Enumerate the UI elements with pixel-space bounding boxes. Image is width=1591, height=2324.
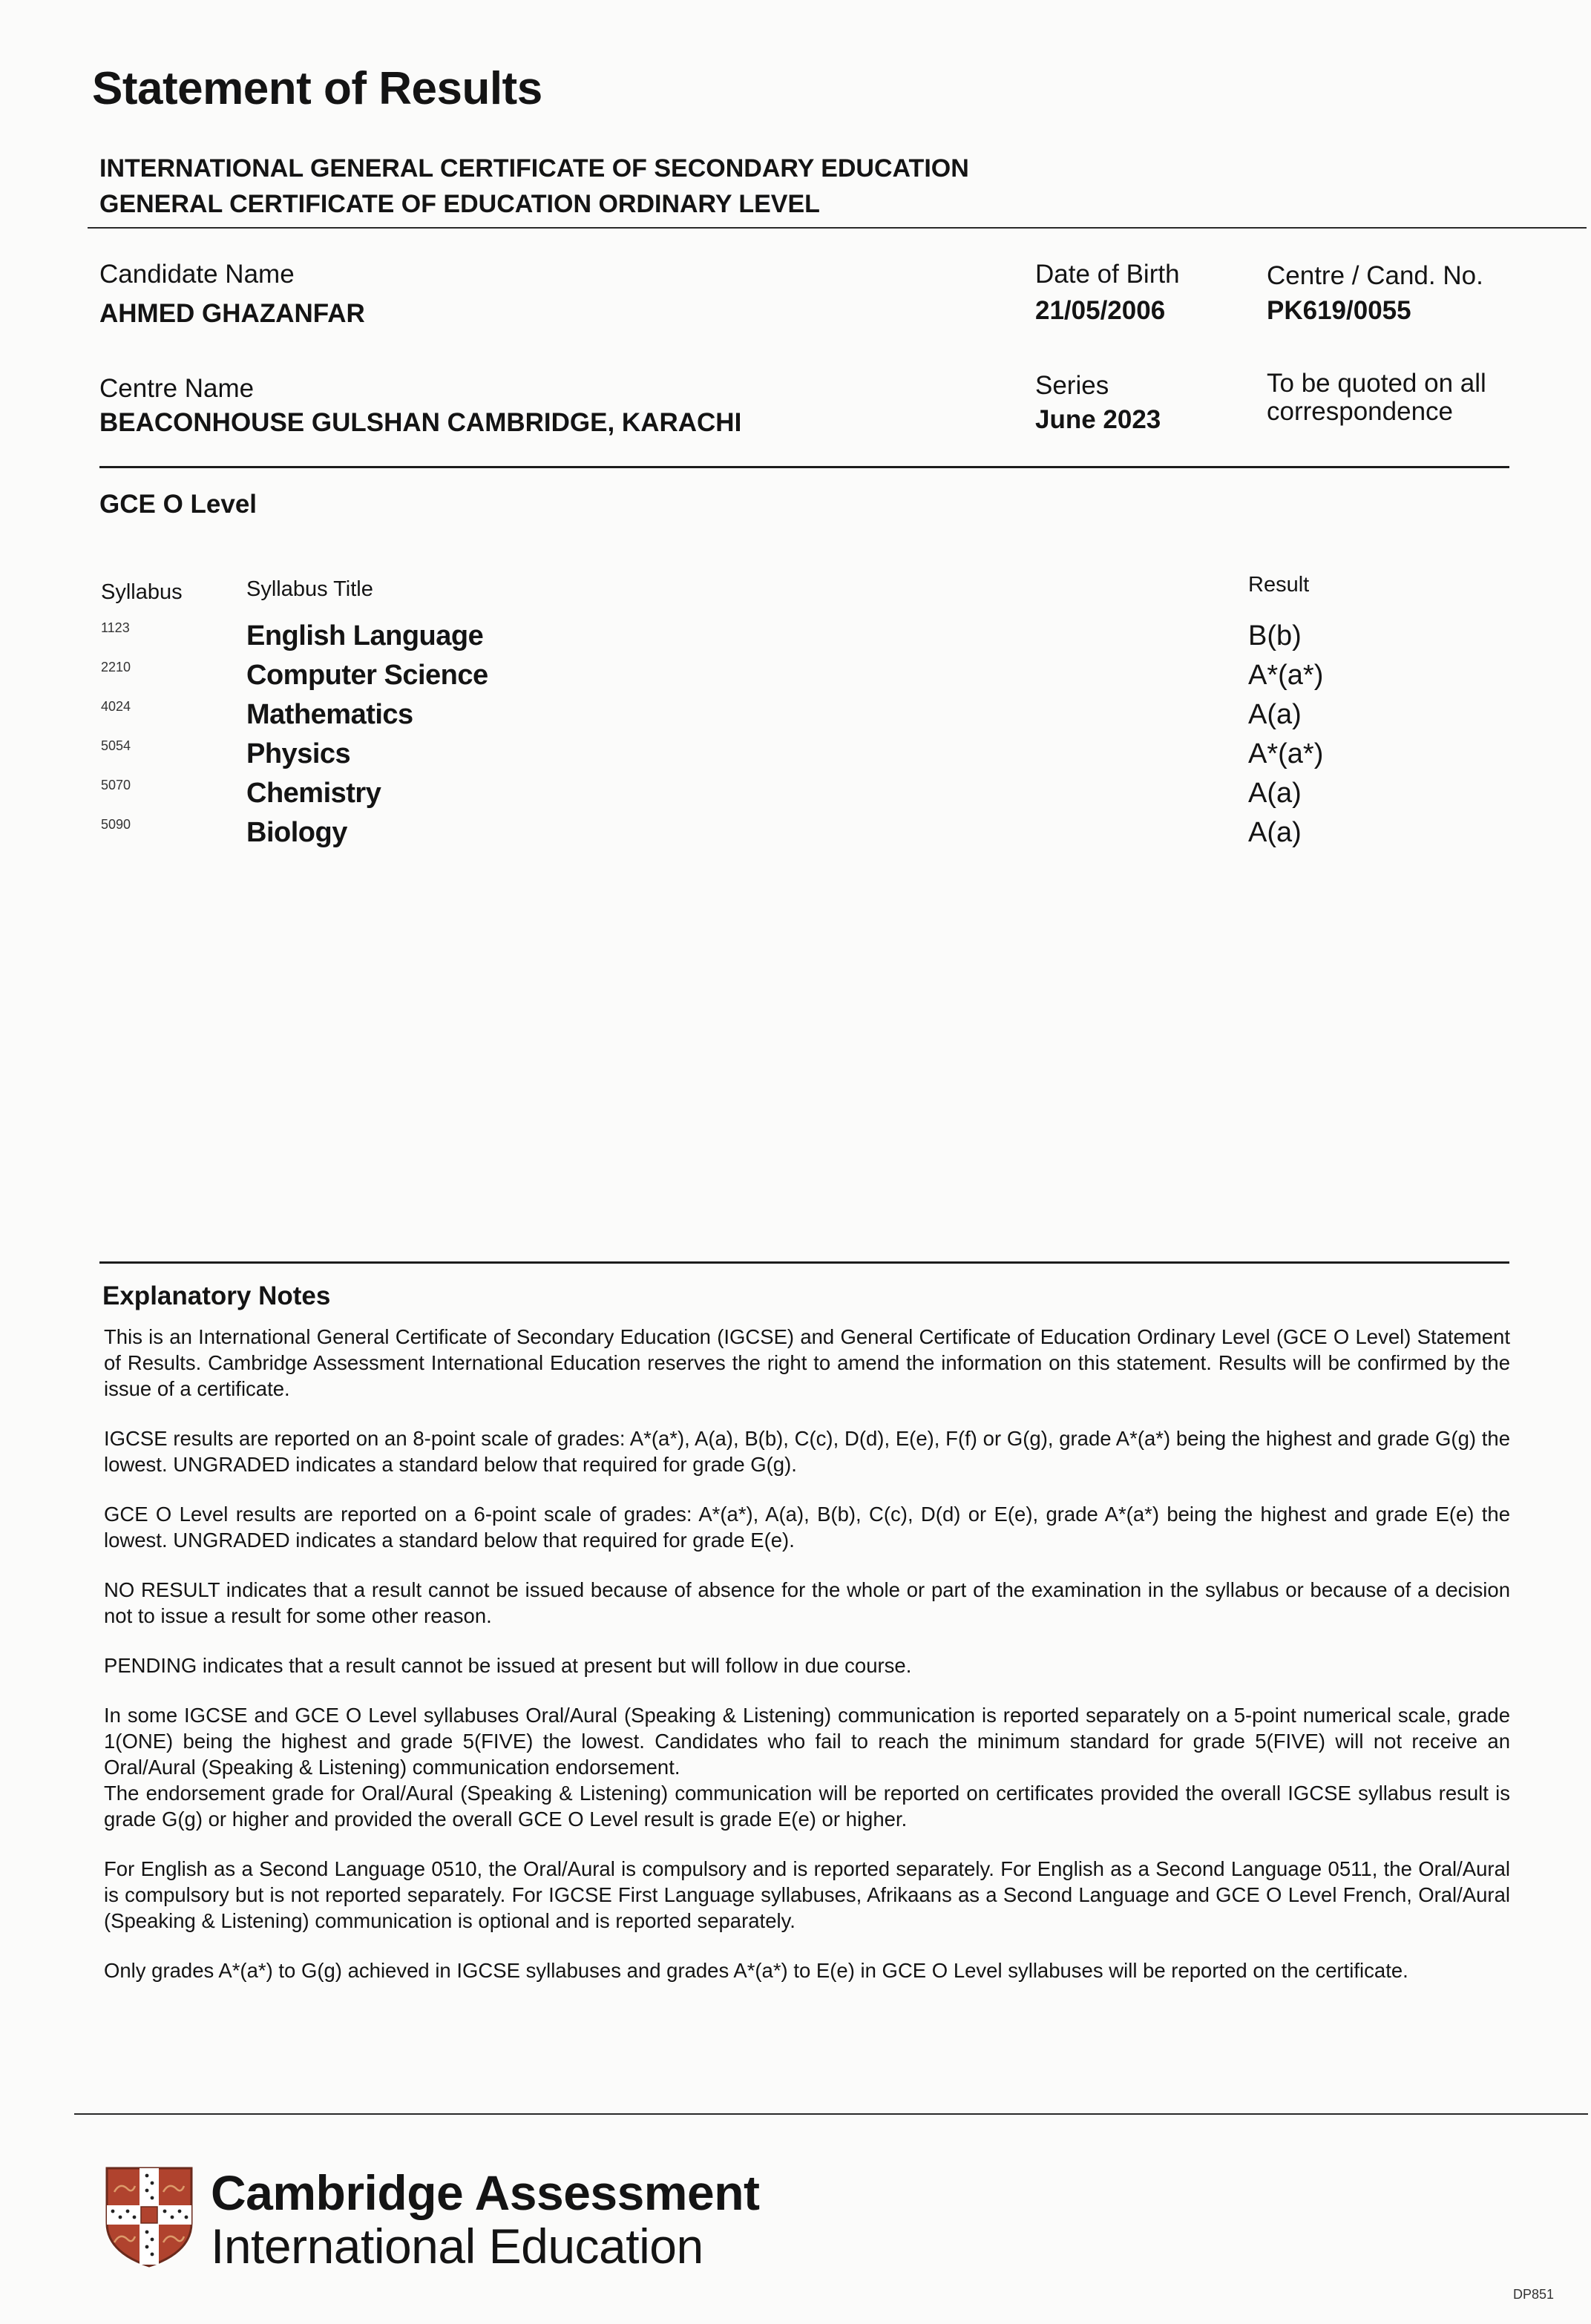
candidate-name: AHMED GHAZANFAR	[99, 299, 365, 329]
note-paragraph: The endorsement grade for Oral/Aural (Sp…	[104, 1780, 1510, 1832]
syllabus-title: Chemistry	[246, 778, 381, 810]
syllabus-title: Biology	[246, 817, 347, 849]
logo-line-2: International Education	[211, 2219, 760, 2273]
note-paragraph: Only grades A*(a*) to G(g) achieved in I…	[104, 1957, 1510, 1983]
quote-note: To be quoted on all correspondence	[1267, 370, 1519, 426]
footer-divider	[74, 2113, 1588, 2115]
note-paragraph: IGCSE results are reported on an 8-point…	[104, 1425, 1510, 1477]
form-code: DP851	[1513, 2287, 1554, 2302]
result-grade: A(a)	[1248, 699, 1302, 731]
dob-value: 21/05/2006	[1035, 296, 1165, 326]
results-divider	[99, 1261, 1509, 1264]
result-grade: A*(a*)	[1248, 660, 1323, 692]
header-result: Result	[1248, 573, 1309, 597]
explanatory-notes: This is an International General Certifi…	[104, 1324, 1510, 2007]
note-paragraph: NO RESULT indicates that a result cannot…	[104, 1577, 1510, 1629]
notes-heading: Explanatory Notes	[102, 1281, 330, 1311]
note-paragraph: This is an International General Certifi…	[104, 1324, 1510, 1402]
qualification-igcse: INTERNATIONAL GENERAL CERTIFICATE OF SEC…	[99, 154, 969, 183]
centre-cand-label: Centre / Cand. No.	[1267, 261, 1483, 291]
result-grade: A(a)	[1248, 817, 1302, 849]
result-grade: A(a)	[1248, 778, 1302, 810]
syllabus-title: Physics	[246, 738, 350, 770]
page-title: Statement of Results	[92, 62, 542, 115]
syllabus-title: English Language	[246, 620, 483, 652]
syllabus-title: Mathematics	[246, 699, 413, 731]
series-value: June 2023	[1035, 405, 1161, 435]
qualification-gce: GENERAL CERTIFICATE OF EDUCATION ORDINAR…	[99, 190, 820, 219]
syllabus-title: Computer Science	[246, 660, 488, 692]
logo-line-1: Cambridge Assessment	[211, 2166, 760, 2219]
centre-cand-value: PK619/0055	[1267, 296, 1411, 326]
cambridge-shield-icon	[104, 2165, 194, 2273]
result-grade: B(b)	[1248, 620, 1302, 652]
note-paragraph: PENDING indicates that a result cannot b…	[104, 1652, 1510, 1678]
series-label: Series	[1035, 371, 1109, 401]
results-section-title: GCE O Level	[99, 490, 257, 519]
candidate-divider	[99, 466, 1509, 468]
result-grade: A*(a*)	[1248, 738, 1323, 770]
header-syllabus: Syllabus	[101, 580, 183, 605]
note-paragraph: GCE O Level results are reported on a 6-…	[104, 1501, 1510, 1553]
header-syllabus-title: Syllabus Title	[246, 577, 373, 602]
cambridge-logo: Cambridge Assessment International Educa…	[104, 2165, 760, 2273]
centre-name-label: Centre Name	[99, 374, 254, 404]
header-divider	[88, 227, 1587, 229]
note-paragraph: In some IGCSE and GCE O Level syllabuses…	[104, 1702, 1510, 1780]
centre-name: BEACONHOUSE GULSHAN CAMBRIDGE, KARACHI	[99, 408, 741, 438]
note-paragraph: For English as a Second Language 0510, t…	[104, 1856, 1510, 1934]
dob-label: Date of Birth	[1035, 260, 1180, 289]
candidate-name-label: Candidate Name	[99, 260, 295, 289]
